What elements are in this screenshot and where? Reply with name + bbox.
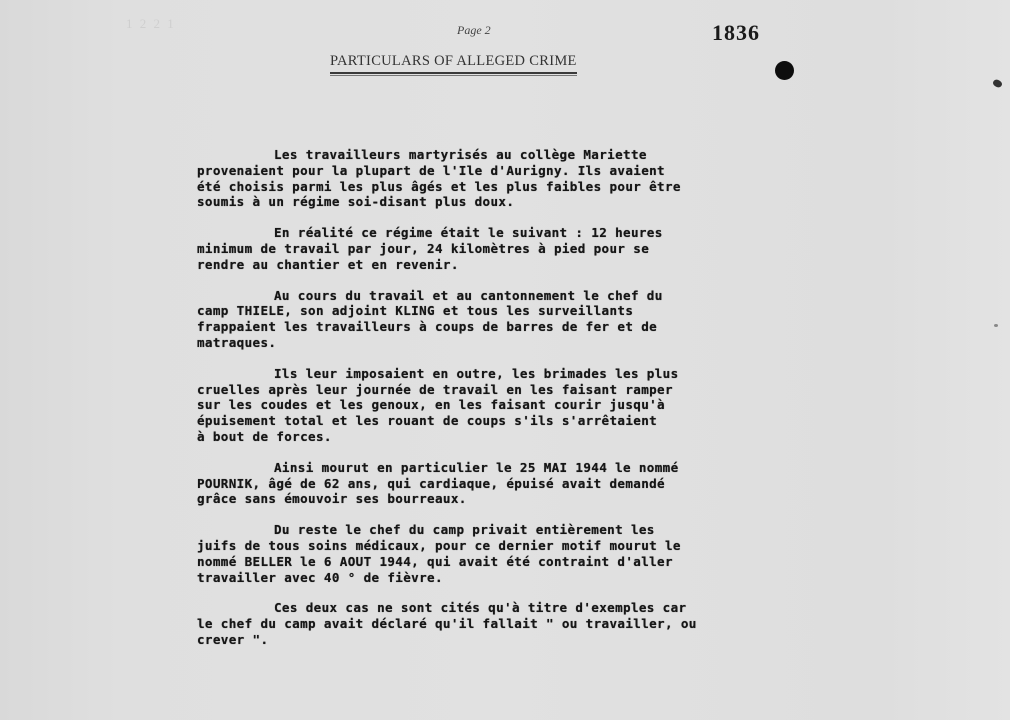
paragraph-6: Du reste le chef du camp privait entière… [197, 522, 837, 585]
text-line: cruelles après leur journée de travail e… [197, 382, 837, 398]
paragraph-5: Ainsi mourut en particulier le 25 MAI 19… [197, 460, 837, 507]
text-line: à bout de forces. [197, 429, 837, 445]
text-line: grâce sans émouvoir ses bourreaux. [197, 491, 837, 507]
text-line: nommé BELLER le 6 AOUT 1944, qui avait é… [197, 554, 837, 570]
text-line: Au cours du travail et au cantonnement l… [197, 288, 837, 304]
text-line: épuisement total et les rouant de coups … [197, 413, 837, 429]
bleed-through-text: 1 2 2 1 [126, 16, 176, 32]
text-line: Les travailleurs martyrisés au collège M… [197, 147, 837, 163]
page-number-label: Page 2 [457, 23, 491, 38]
text-line: travailler avec 40 ° de fièvre. [197, 570, 837, 586]
document-number: 1836 [712, 20, 760, 46]
paragraph-3: Au cours du travail et au cantonnement l… [197, 288, 837, 351]
document-page: 1 2 2 1 Page 2 1836 PARTICULARS OF ALLEG… [0, 0, 1010, 720]
hole-punch-mark [775, 61, 794, 80]
paragraph-2: En réalité ce régime était le suivant : … [197, 225, 837, 272]
text-line: En réalité ce régime était le suivant : … [197, 225, 837, 241]
text-line: provenaient pour la plupart de l'Ile d'A… [197, 163, 837, 179]
text-line: sur les coudes et les genoux, en les fai… [197, 397, 837, 413]
text-line: frappaient les travailleurs à coups de b… [197, 319, 837, 335]
text-line: crever ". [197, 632, 837, 648]
paragraph-7: Ces deux cas ne sont cités qu'à titre d'… [197, 600, 837, 647]
paragraph-4: Ils leur imposaient en outre, les brimad… [197, 366, 837, 445]
paragraph-1: Les travailleurs martyrisés au collège M… [197, 147, 837, 210]
dust-speck-mark [994, 324, 998, 327]
document-body: Les travailleurs martyrisés au collège M… [197, 147, 837, 663]
text-line: le chef du camp avait déclaré qu'il fall… [197, 616, 837, 632]
text-line: minimum de travail par jour, 24 kilomètr… [197, 241, 837, 257]
text-line: Ces deux cas ne sont cités qu'à titre d'… [197, 600, 837, 616]
text-line: Du reste le chef du camp privait entière… [197, 522, 837, 538]
text-line: camp THIELE, son adjoint KLING et tous l… [197, 303, 837, 319]
text-line: juifs de tous soins médicaux, pour ce de… [197, 538, 837, 554]
section-heading: PARTICULARS OF ALLEGED CRIME [330, 53, 577, 74]
text-line: Ils leur imposaient en outre, les brimad… [197, 366, 837, 382]
text-line: soumis à un régime soi-disant plus doux. [197, 194, 837, 210]
text-line: été choisis parmi les plus âgés et les p… [197, 179, 837, 195]
text-line: Ainsi mourut en particulier le 25 MAI 19… [197, 460, 837, 476]
text-line: matraques. [197, 335, 837, 351]
text-line: POURNIK, âgé de 62 ans, qui cardiaque, é… [197, 476, 837, 492]
ink-speck-mark [992, 78, 1003, 89]
text-line: rendre au chantier et en revenir. [197, 257, 837, 273]
